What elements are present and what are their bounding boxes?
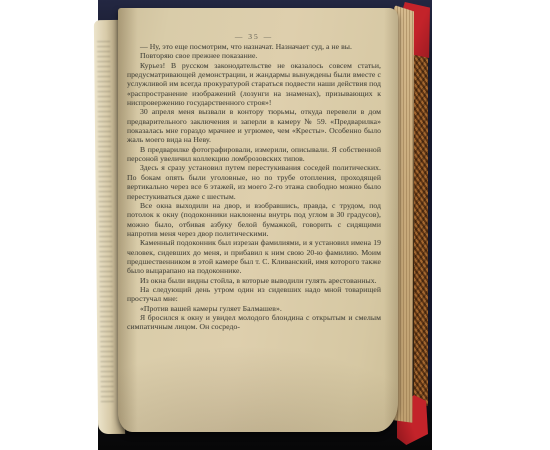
- book-photograph: { "page": { "number": "35", "header": "—…: [0, 0, 550, 450]
- left-page-text-blur: [97, 41, 114, 405]
- paragraph: Повторяю свое прежнее показание.: [127, 51, 381, 60]
- paragraph: 30 апреля меня вызвали в контору тюрьмы,…: [127, 107, 381, 144]
- book-photo-backdrop: — 35 — — Ну, это еще посмотрим, что назн…: [98, 0, 432, 450]
- paragraph: — Ну, это еще посмотрим, что назначат. Н…: [127, 42, 381, 51]
- paragraph: Я бросился к окну и увидел молодого блон…: [127, 313, 381, 332]
- book-page: — 35 — — Ну, это еще посмотрим, что назн…: [118, 8, 398, 432]
- paragraph: В предварилке фотографировали, измерили,…: [127, 145, 381, 164]
- cover-patterned-edge: [413, 40, 428, 406]
- paragraph: Курьез! В русском законодательстве не ок…: [127, 61, 381, 108]
- paragraph: «Против вашей камеры гуляет Балмашев».: [127, 304, 381, 313]
- paragraph: Каменный подоконник был изрезан фамилиям…: [127, 238, 381, 275]
- paragraph: Все окна выходили на двор, и взобравшись…: [127, 201, 381, 238]
- paragraph: Здесь я сразу установил путем перестукив…: [127, 163, 381, 200]
- paragraph: На следующий день утром один из сидевших…: [127, 285, 381, 304]
- page-text: — Ну, это еще посмотрим, что назначат. Н…: [127, 42, 381, 332]
- page-number: — 35 —: [118, 32, 390, 41]
- paragraph: Из окна были видны стойла, в которые выв…: [127, 276, 381, 285]
